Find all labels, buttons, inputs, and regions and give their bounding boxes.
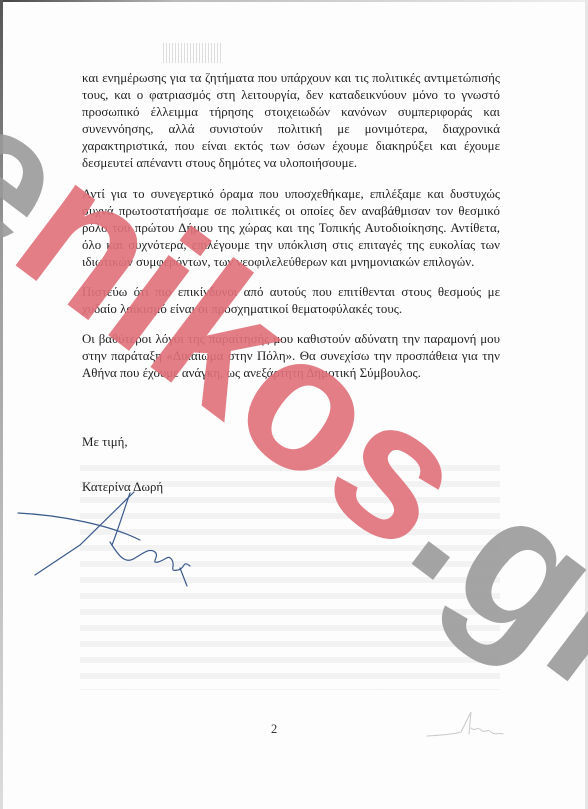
handwritten-signature	[0, 490, 240, 600]
paragraph-2: Αντί για το συνεγερτικό όραμα που υποσχε…	[82, 186, 500, 271]
scan-edge-top	[0, 0, 588, 2]
scan-edge-left	[0, 0, 3, 809]
page-number: 2	[271, 722, 277, 737]
scanned-page: και ενημέρωσης για τα ζητήματα που υπάρχ…	[0, 0, 588, 809]
paragraph-1: και ενημέρωσης για τα ζητήματα που υπάρχ…	[82, 70, 500, 173]
bleed-through-barcode	[163, 43, 221, 63]
letter-body: και ενημέρωσης για τα ζητήματα που υπάρχ…	[82, 70, 500, 396]
paragraph-3: Πιστεύω ότι πιο επικίνδυνοι από αυτούς π…	[82, 284, 500, 318]
closing-salutation: Με τιμή,	[82, 435, 128, 450]
page-initials	[425, 708, 505, 743]
paragraph-4: Οι βαθύτεροι λόγοι της παραίτησής μου κα…	[82, 331, 500, 382]
